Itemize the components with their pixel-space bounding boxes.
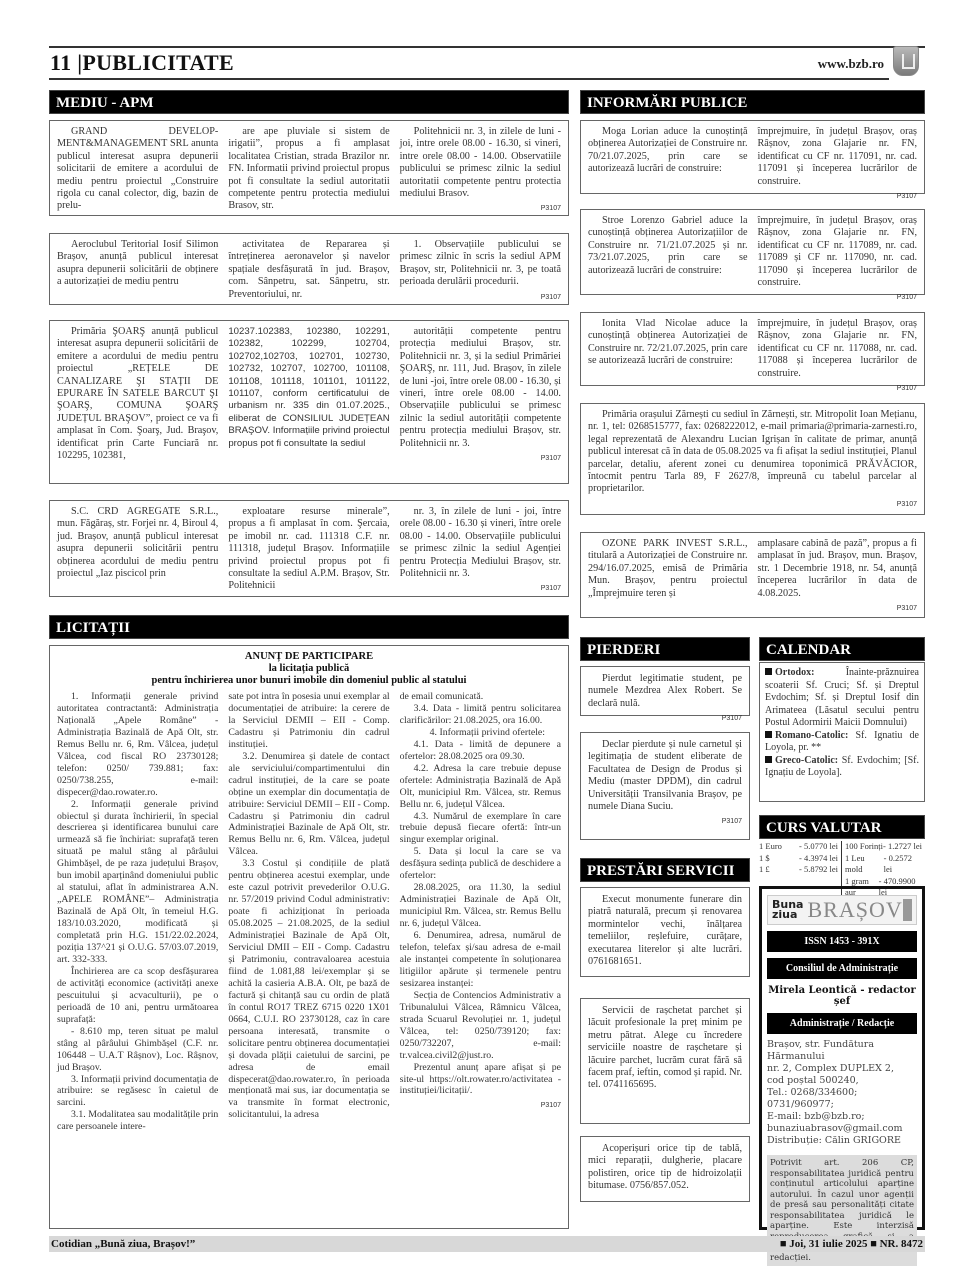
ad-crd-agregate: S.C. CRD AGREGATE S.R.L., mun. Făgăraș, …	[49, 500, 569, 597]
website-link[interactable]: www.bzb.ro	[818, 56, 884, 72]
page-footer: Cotidian „Bună ziua, Brașov!” ■ Joi, 31 …	[49, 1236, 925, 1252]
ad-ionita-vlad: Ionita Vlad Nicolae aduce la cunoștință …	[580, 312, 925, 386]
newspaper-logo: Bunaziua BRAȘOV	[767, 895, 917, 925]
header-rule-bottom	[49, 78, 889, 80]
licitatie-title: ANUNȚ DE PARTICIPARE	[57, 651, 561, 663]
calendar-box: Ortodox: Înainte-prăznuirea scoaterii Sf…	[759, 662, 925, 802]
ad-pierdut-legitimatie: Pierdut legitimatie student, pe numele M…	[580, 666, 750, 716]
licitatie-col1: 1. Informații generale privind autoritat…	[57, 691, 218, 1133]
rate-usd: 1 $- 4.3974 lei	[759, 853, 841, 865]
section-calendar: CALENDAR	[759, 637, 925, 661]
editor-name: Mirela Leontică - redactor șef	[767, 985, 917, 1007]
rate-leu-mold: 1 Leu mold- 0.2572 lei	[845, 853, 925, 876]
bullet-icon	[765, 731, 772, 738]
footer-publication: Cotidian „Bună ziua, Brașov!”	[51, 1236, 195, 1252]
impressum-box: Bunaziua BRAȘOV ISSN 1453 - 391X Consili…	[759, 886, 925, 1230]
rate-forint: 100 Forinți- 1.2727 lei	[845, 841, 925, 853]
section-mediu: MEDIU - APM	[49, 90, 569, 114]
ad-ozone-park: OZONE PARK INVEST S.R.L., titulară a Aut…	[580, 532, 925, 618]
licitatie-subtitle: la licitația publică	[57, 663, 561, 675]
ad-grand-development: GRAND DEVELOP-MENT&MANAGEMENT SRL anunta…	[49, 120, 569, 216]
ad-primaria-zarnesti: Primăria orașului Zărnești cu sediul în …	[580, 403, 925, 515]
address-block: Brașov, str. Fundătura Hărmanuluinr. 2, …	[767, 1039, 917, 1147]
calendar-romano-catolic: Romano-Catolic: Sf. Ignatiu de Loyola, p…	[765, 730, 919, 755]
section-curs: CURS VALUTAR	[759, 815, 925, 839]
section-licitatii: LICITAȚII	[49, 615, 569, 639]
admin-heading: Administrație / Redacție	[767, 1013, 917, 1034]
crest-icon	[893, 46, 919, 76]
rate-gbp: 1 £- 5.8792 lei	[759, 864, 841, 876]
footer-date-issue: ■ Joi, 31 iulie 2025 ■ NR. 8472	[780, 1236, 923, 1252]
issn: ISSN 1453 - 391X	[767, 931, 917, 952]
crest-icon	[903, 899, 912, 921]
licitatie-col2: sate pot intra în posesia unui exemplar …	[228, 691, 389, 1133]
bullet-icon	[765, 668, 772, 675]
rate-euro: 1 Euro- 5.0770 lei	[759, 841, 841, 853]
page-title: 11 |PUBLICITATE	[50, 50, 234, 76]
ad-stroe-lorenzo: Stroe Lorenzo Gabriel aduce la cunoștinț…	[580, 209, 925, 295]
ad-monumente: Execut monumente funerare din piatră nat…	[580, 887, 750, 977]
ad-moga-lorian: Moga Lorian aduce la cunoștință obținere…	[580, 120, 925, 194]
ad-declar-pierdute: Declar pierdute și nule carnetul și legi…	[580, 732, 750, 840]
bullet-icon	[765, 756, 772, 763]
ad-primaria-soars: Primăria ŞOARŞ anunță publicul interesat…	[49, 320, 569, 484]
licitatie-subtitle2: pentru închirierea unor bunuri imobile d…	[57, 675, 561, 687]
section-informari: INFORMĂRI PUBLICE	[580, 90, 925, 114]
calendar-ortodox: Ortodox: Înainte-prăznuirea scoaterii Sf…	[765, 667, 919, 730]
ad-acoperisuri: Acoperișuri orice tip de tablă, mici rep…	[580, 1136, 750, 1202]
licitatie-col3: de email comunicată.3.4. Data - limită p…	[400, 691, 561, 1133]
consiliu-heading: Consiliul de Administrație	[767, 958, 917, 979]
ad-licitatie: ANUNȚ DE PARTICIPARE la licitația public…	[49, 645, 569, 1229]
section-pierderi: PIERDERI	[580, 637, 750, 661]
header-rule-top	[49, 46, 925, 48]
ad-parchet: Servicii de rașchetat parchet și lăcuit …	[580, 998, 750, 1124]
calendar-greco-catolic: Greco-Catolic: Sf. Evdochim; [Sf. Ignați…	[765, 755, 919, 780]
section-prestari: PRESTĂRI SERVICII	[580, 858, 750, 882]
ad-aeroclubul: Aeroclubul Teritorial Iosif Silimon Braș…	[49, 233, 569, 305]
